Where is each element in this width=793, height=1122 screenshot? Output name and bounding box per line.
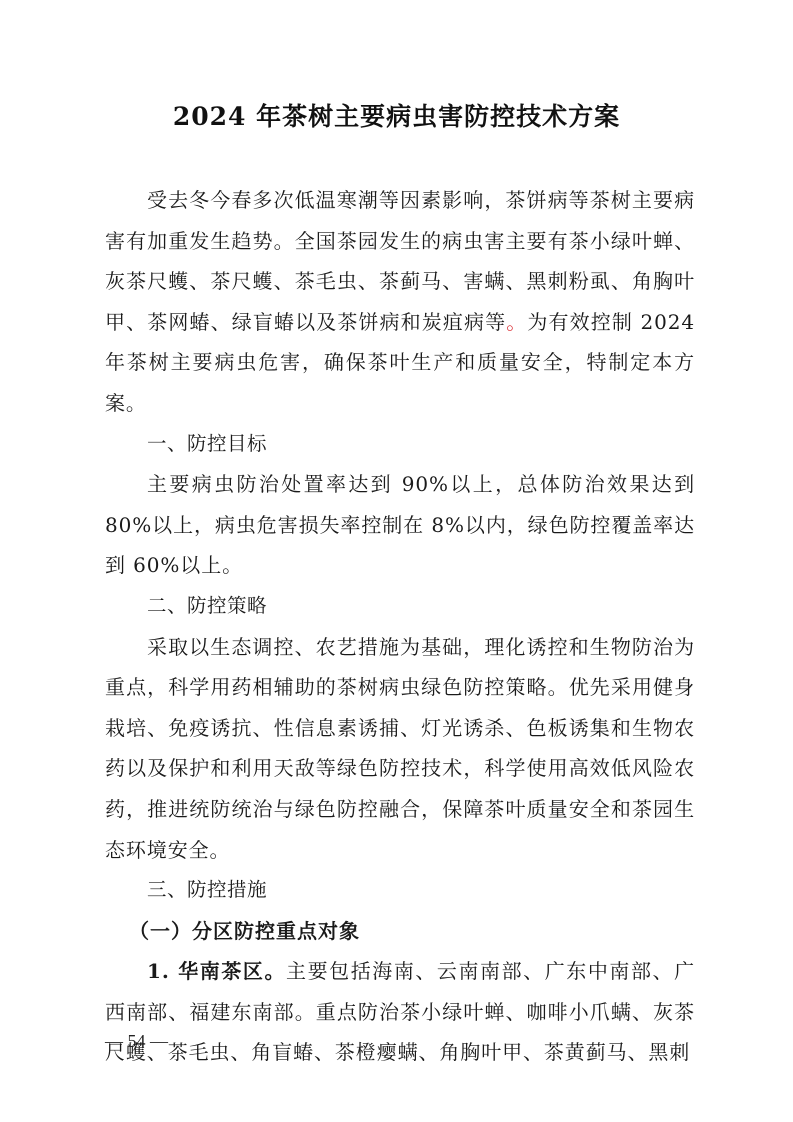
document-title: 2024 年茶树主要病虫害防控技术方案 xyxy=(0,97,793,133)
document-page: 2024 年茶树主要病虫害防控技术方案 受去冬今春多次低温寒潮等因素影响，茶饼病… xyxy=(0,0,793,1122)
strategy-paragraph: 采取以生态调控、农艺措施为基础，理化诱控和生物防治为重点，科学用药相辅助的茶树病… xyxy=(105,627,695,871)
item-label-south-china: 1. 华南茶区。 xyxy=(147,959,286,983)
section-heading-measures: 三、防控措施 xyxy=(105,870,695,911)
intro-paragraph: 受去冬今春多次低温寒潮等因素影响，茶饼病等茶树主要病害有加重发生趋势。全国茶园发… xyxy=(105,180,695,424)
red-period-mark: 。 xyxy=(506,310,527,334)
south-china-paragraph: 1. 华南茶区。主要包括海南、云南南部、广东中南部、广西南部、福建东南部。重点防… xyxy=(105,951,695,1073)
section-heading-goals: 一、防控目标 xyxy=(105,424,695,465)
page-number: — 54 — xyxy=(105,1031,168,1052)
document-body: 受去冬今春多次低温寒潮等因素影响，茶饼病等茶树主要病害有加重发生趋势。全国茶园发… xyxy=(105,180,695,1073)
subsection-heading-zones: （一）分区防控重点对象 xyxy=(105,911,695,952)
section-heading-strategy: 二、防控策略 xyxy=(105,586,695,627)
goals-paragraph: 主要病虫防治处置率达到 90%以上，总体防治效果达到 80%以上，病虫危害损失率… xyxy=(105,464,695,586)
